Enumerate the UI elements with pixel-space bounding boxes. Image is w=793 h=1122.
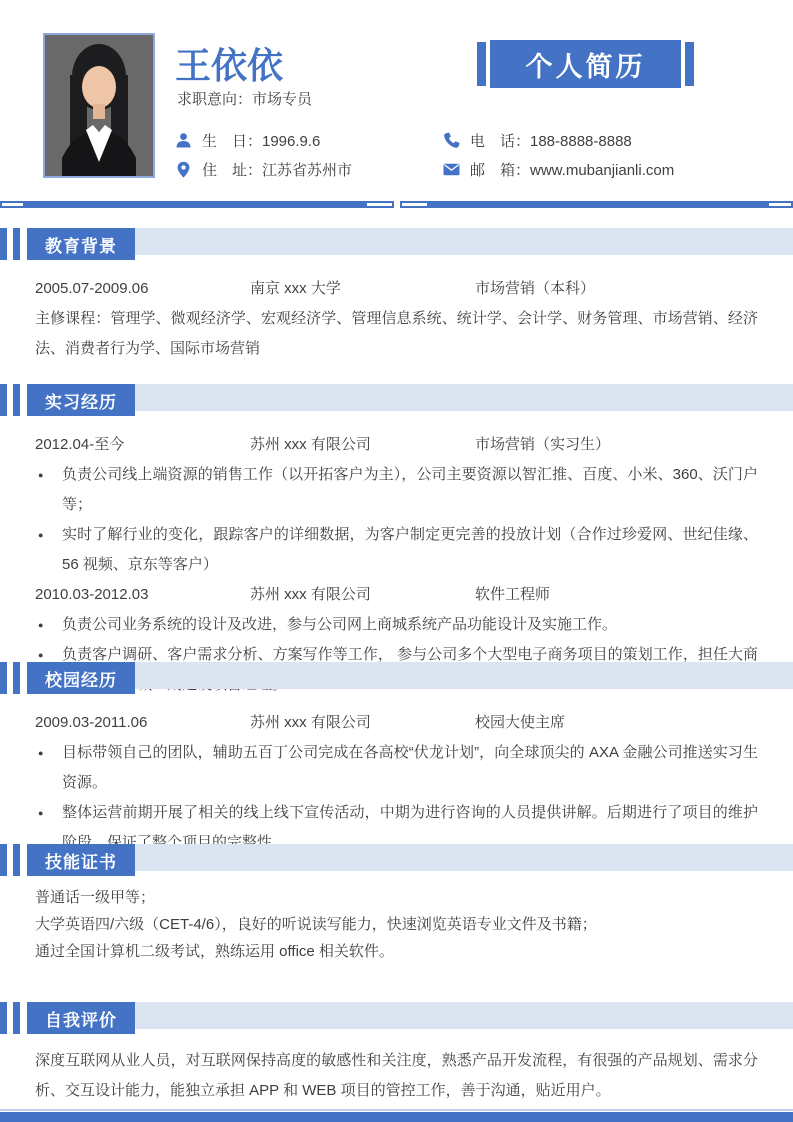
- education-major: 市场营销（本科）: [475, 274, 758, 304]
- contact-phone: 电 话：188-8888-8888: [443, 129, 632, 151]
- section-education-header: 教育背景: [0, 228, 793, 260]
- contact-birthday: 生 日：1996.9.6: [175, 129, 320, 151]
- profile-photo: [43, 33, 155, 178]
- section-band: [27, 228, 793, 255]
- section-skills-title: 技能证书: [27, 844, 135, 876]
- contact-email: 邮 箱：www.mubanjianli.com: [443, 158, 674, 180]
- header-divider: [0, 201, 793, 208]
- internship-company: 苏州 xxx 有限公司: [250, 580, 475, 610]
- section-band: [27, 1002, 793, 1029]
- section-self-eval-title: 自我评价: [27, 1002, 135, 1034]
- section-skills: 技能证书 普通话一级甲等； 大学英语四/六级（CET-4/6），良好的听说读写能…: [0, 844, 793, 965]
- section-campus: 校园经历 2009.03-2011.06 苏州 xxx 有限公司 校园大使主席 …: [0, 662, 793, 858]
- section-campus-header: 校园经历: [0, 662, 793, 694]
- skill-line: 普通话一级甲等；: [35, 884, 758, 911]
- section-bar: [0, 228, 7, 260]
- location-icon: [175, 161, 192, 178]
- person-icon: [175, 132, 192, 149]
- education-school: 南京 xxx 大学: [250, 274, 475, 304]
- education-courses: 主修课程：管理学、微观经济学、宏观经济学、管理信息系统、统计学、会计学、财务管理…: [35, 304, 758, 364]
- campus-bullets: 目标带领自己的团队，辅助五百丁公司完成在各高校“伏龙计划”，向全球顶尖的 AXA…: [35, 738, 758, 858]
- skill-line: 大学英语四/六级（CET-4/6），良好的听说读写能力，快速浏览英语专业文件及书…: [35, 911, 758, 938]
- divider-dash: [367, 203, 392, 206]
- section-band: [27, 844, 793, 871]
- campus-role: 校园大使主席: [475, 708, 758, 738]
- campus-entry: 2009.03-2011.06 苏州 xxx 有限公司 校园大使主席: [35, 708, 758, 738]
- campus-company: 苏州 xxx 有限公司: [250, 708, 475, 738]
- divider-dash: [2, 203, 23, 206]
- bullet-item: 负责公司业务系统的设计及改进，参与公司网上商城系统产品功能设计及实施工作。: [35, 610, 758, 640]
- contact-address: 住 址：江苏省苏州市: [175, 158, 352, 180]
- section-internship: 实习经历 2012.04-至今 苏州 xxx 有限公司 市场营销（实习生） 负责…: [0, 384, 793, 700]
- section-bar: [13, 228, 20, 260]
- contact-birthday-text: 生 日：1996.9.6: [202, 130, 320, 151]
- divider-dash: [402, 203, 427, 206]
- internship-entry: 2010.03-2012.03 苏州 xxx 有限公司 软件工程师: [35, 580, 758, 610]
- bullet-item: 目标带领自己的团队，辅助五百丁公司完成在各高校“伏龙计划”，向全球顶尖的 AXA…: [35, 738, 758, 798]
- section-campus-title: 校园经历: [27, 662, 135, 694]
- contact-phone-text: 电 话：188-8888-8888: [470, 130, 632, 151]
- self-eval-text: 深度互联网从业人员，对互联网保持高度的敏感性和关注度，熟悉产品开发流程，有很强的…: [35, 1046, 758, 1106]
- internship-role: 市场营销（实习生）: [475, 430, 758, 460]
- internship-date: 2010.03-2012.03: [35, 580, 250, 610]
- internship-entry: 2012.04-至今 苏州 xxx 有限公司 市场营销（实习生）: [35, 430, 758, 460]
- badge-left-bar: [477, 42, 486, 86]
- section-bar: [13, 1002, 20, 1034]
- section-bar: [0, 844, 7, 876]
- bullet-item: 负责公司线上端资源的销售工作（以开拓客户为主），公司主要资源以智汇推、百度、小米…: [35, 460, 758, 520]
- section-band: [27, 662, 793, 689]
- section-bar: [0, 662, 7, 694]
- divider-gap: [394, 200, 400, 209]
- section-internship-header: 实习经历: [0, 384, 793, 416]
- education-date: 2005.07-2009.06: [35, 274, 250, 304]
- campus-date: 2009.03-2011.06: [35, 708, 250, 738]
- skill-line: 通过全国计算机二级考试，熟练运用 office 相关软件。: [35, 938, 758, 965]
- education-entry: 2005.07-2009.06 南京 xxx 大学 市场营销（本科）: [35, 274, 758, 304]
- footer-bar: [0, 1112, 793, 1122]
- section-education-title: 教育背景: [27, 228, 135, 260]
- job-intent: 求职意向：市场专员: [177, 88, 312, 109]
- divider-dash: [769, 203, 791, 206]
- internship-bullets: 负责公司线上端资源的销售工作（以开拓客户为主），公司主要资源以智汇推、百度、小米…: [35, 460, 758, 580]
- section-education: 教育背景 2005.07-2009.06 南京 xxx 大学 市场营销（本科） …: [0, 228, 793, 364]
- profile-photo-image: [45, 35, 153, 176]
- section-self-eval: 自我评价 深度互联网从业人员，对互联网保持高度的敏感性和关注度，熟悉产品开发流程…: [0, 1002, 793, 1106]
- contact-address-text: 住 址：江苏省苏州市: [202, 159, 352, 180]
- footer-accent-line: [0, 1109, 793, 1111]
- resume-page: 王依依 求职意向：市场专员 生 日：1996.9.6 住 址：江苏省苏州市 电 …: [0, 0, 793, 1122]
- phone-icon: [443, 132, 460, 149]
- section-self-eval-header: 自我评价: [0, 1002, 793, 1034]
- internship-date: 2012.04-至今: [35, 430, 250, 460]
- section-bar: [0, 384, 7, 416]
- candidate-name: 王依依: [175, 38, 283, 89]
- mail-icon: [443, 161, 460, 178]
- section-bar: [13, 384, 20, 416]
- resume-title-badge: 个人简历: [490, 40, 681, 88]
- internship-role: 软件工程师: [475, 580, 758, 610]
- internship-company: 苏州 xxx 有限公司: [250, 430, 475, 460]
- bullet-item: 实时了解行业的变化，跟踪客户的详细数据，为客户制定更完善的投放计划（合作过珍爱网…: [35, 520, 758, 580]
- contact-email-text: 邮 箱：www.mubanjianli.com: [470, 159, 674, 180]
- section-bar: [13, 844, 20, 876]
- section-skills-header: 技能证书: [0, 844, 793, 876]
- badge-right-bar: [685, 42, 694, 86]
- section-bar: [0, 1002, 7, 1034]
- section-bar: [13, 662, 20, 694]
- section-internship-title: 实习经历: [27, 384, 135, 416]
- section-band: [27, 384, 793, 411]
